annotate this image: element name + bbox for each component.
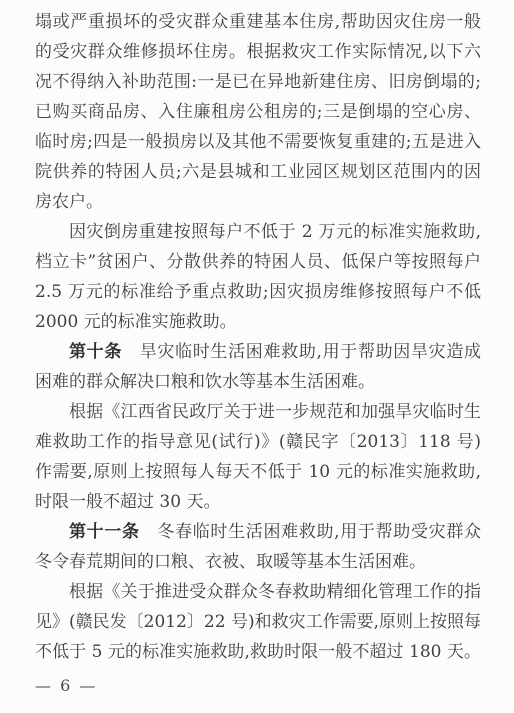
text-line: 根据《江西省民政厅关于进一步规范和加强旱灾临时生活困	[35, 397, 481, 427]
text-line: 已购买商品房、入住廉租房公租房的;三是倒塌的空心房、附属房、	[35, 97, 481, 127]
text-line: 档立卡”贫困户、分散供养的特困人员、低保户等按照每户不低于	[35, 247, 481, 277]
article-11-number: 第十一条	[69, 522, 140, 542]
article-10-heading-line: 第十条 旱灾临时生活困难救助,用于帮助因旱灾造成生活	[35, 337, 481, 367]
text-line: 难救助工作的指导意见(试行)》(赣民字〔2013〕118 号)和救灾工	[35, 427, 481, 457]
text-line: 冬令春荒期间的口粮、衣被、取暖等基本生活困难。	[35, 547, 481, 577]
text-line: 院供养的特困人员;六是县城和工业园区规划区范围内的因灾倒	[35, 157, 481, 187]
text-line: 时限一般不超过 30 天。	[35, 487, 481, 517]
text-line: 因灾倒房重建按照每户不低于 2 万元的标准实施救助,对“建	[35, 217, 481, 247]
text-line: 作需要,原则上按照每人每天不低于 10 元的标准实施救助,救助	[35, 457, 481, 487]
text-line: 不低于 5 元的标准实施救助,救助时限一般不超过 180 天。每户	[35, 637, 481, 667]
text-line: 临时房;四是一般损房以及其他不需要恢复重建的;五是进入敬老	[35, 127, 481, 157]
text-line: 塌或严重损坏的受灾群众重建基本住房,帮助因灾住房一般损坏	[35, 7, 481, 37]
article-11-heading-line: 第十一条 冬春临时生活困难救助,用于帮助受灾群众解决	[35, 517, 481, 547]
text-line: 困难的群众解决口粮和饮水等基本生活困难。	[35, 367, 481, 397]
text-line: 2000 元的标准实施救助。	[35, 307, 481, 337]
text-line: 根据《关于推进受众群众冬春救助精细化管理工作的指导意	[35, 577, 481, 607]
text-line: 的受灾群众维修损坏住房。根据救灾工作实际情况,以下六种情	[35, 37, 481, 67]
text-line: 房农户。	[35, 187, 481, 217]
page-number: — 6 —	[35, 675, 481, 697]
text-line: 2.5 万元的标准给予重点救助;因灾损房维修按照每户不低于	[35, 277, 481, 307]
document-page: 塌或严重损坏的受灾群众重建基本住房,帮助因灾住房一般损坏 的受灾群众维修损坏住房…	[0, 0, 514, 713]
text-line: 况不得纳入补助范围:一是已在异地新建住房、旧房倒塌的;二是	[35, 67, 481, 97]
article-10-number: 第十条	[69, 342, 122, 362]
text-line: 见》(赣民发〔2012〕22 号)和救灾工作需要,原则上按照每人每天	[35, 607, 481, 637]
